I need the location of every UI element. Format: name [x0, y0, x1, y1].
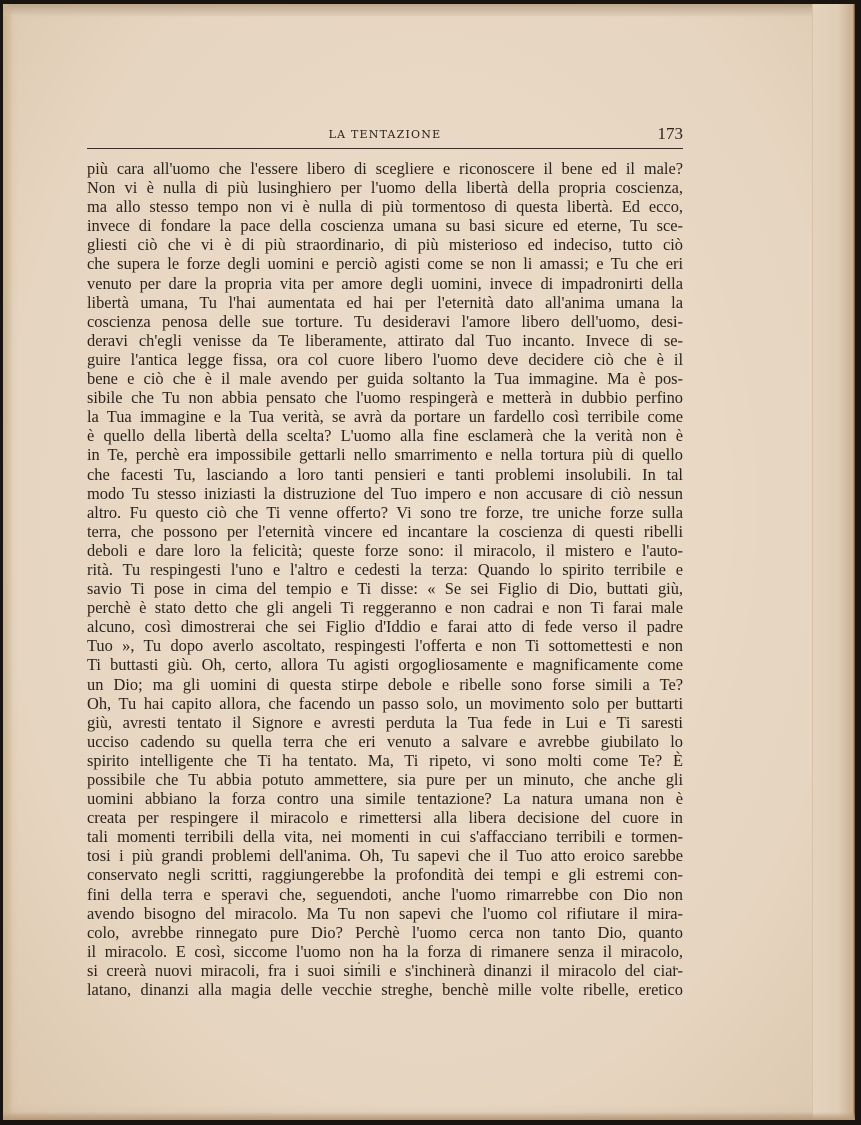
text-line: un Dio; ma gli uomini di questa stirpe d… [87, 675, 683, 694]
text-line: colo, avrebbe rinnegato pure Dio? Perchè… [87, 923, 683, 942]
text-line: uomini abbiano la forza contro una simil… [87, 789, 683, 808]
text-line: ma allo stesso tempo non vi è nulla di p… [87, 197, 683, 216]
text-line: terra, che possono per l'eternità vincer… [87, 522, 683, 541]
text-line: tosi i più grandi problemi dell'anima. O… [87, 846, 683, 865]
text-line: Non vi è nulla di più lusinghiero per l'… [87, 178, 683, 197]
page-right-fold [812, 4, 855, 1120]
text-line: rità. Tu respingesti l'uno e l'altro e c… [87, 560, 683, 579]
text-line: che supera le forze degli uomini e perci… [87, 254, 683, 273]
text-line: bene e ciò che è il male avendo per guid… [87, 369, 683, 388]
text-line: altro. Fu questo ciò che Ti venne offert… [87, 503, 683, 522]
page-left-edge [3, 4, 13, 1120]
text-line: fini della terra e speravi che, seguendo… [87, 885, 683, 904]
text-line: Tuo », Tu dopo averlo ascoltato, resping… [87, 636, 683, 655]
text-line: creata per respingere il miracolo e rime… [87, 808, 683, 827]
text-line: si creerà nuovi miracoli, fra i suoi sim… [87, 961, 683, 980]
page-number: 173 [658, 124, 684, 144]
running-header: LA TENTAZIONE 173 [87, 124, 683, 146]
text-line: savio Ti pose in cima del tempio e Ti di… [87, 579, 683, 598]
text-line: coscienza penosa delle sue torture. Tu d… [87, 312, 683, 331]
text-line: venuto per dare la propria vita per amor… [87, 274, 683, 293]
text-line: possibile che Tu abbia potuto ammettere,… [87, 770, 683, 789]
text-line: è quello della libertà della scelta? L'u… [87, 426, 683, 445]
body-text: più cara all'uomo che l'essere libero di… [87, 159, 683, 999]
text-line: la Tua immagine e la Tua verità, se avrà… [87, 407, 683, 426]
text-line: deravi ch'egli venisse da Te liberamente… [87, 331, 683, 350]
text-line: gliesti ciò che vi è di più straordinari… [87, 235, 683, 254]
text-line: alcuno, così dimostrerai che sei Figlio … [87, 617, 683, 636]
text-line: guire l'antica legge fissa, ora col cuor… [87, 350, 683, 369]
text-line: deboli e dare loro la felicità; queste f… [87, 541, 683, 560]
text-line: libertà umana, Tu l'hai aumentata ed hai… [87, 293, 683, 312]
text-line: latano, dinanzi alla magia delle vecchie… [87, 980, 683, 999]
running-title: LA TENTAZIONE [87, 128, 683, 141]
text-line: in Te, perchè era impossibile gettarli n… [87, 445, 683, 464]
text-line: invece di fondare la pace della coscienz… [87, 216, 683, 235]
text-line: il miracolo. E così, siccome l'uomo non … [87, 942, 683, 961]
text-line: spirito intelligente che Ti ha tentato. … [87, 751, 683, 770]
header-rule [87, 148, 683, 149]
text-line: ucciso cadendo su quella terra che eri v… [87, 732, 683, 751]
text-line: avendo bisogno del miracolo. Ma Tu non s… [87, 904, 683, 923]
text-line: sibile che Tu non abbia pensato che l'uo… [87, 388, 683, 407]
text-line: più cara all'uomo che l'essere libero di… [87, 159, 683, 178]
text-line: Ti buttasti giù. Oh, certo, allora Tu ag… [87, 655, 683, 674]
page-bottom-edge [3, 1112, 855, 1120]
text-line: perchè è stato detto che gli angeli Ti r… [87, 598, 683, 617]
text-line: Oh, Tu hai capito allora, che facendo un… [87, 694, 683, 713]
text-line: modo Tu stesso iniziasti la distruzione … [87, 484, 683, 503]
text-line: che facesti Tu, lasciando a loro tanti p… [87, 465, 683, 484]
page-top-edge [3, 4, 855, 16]
text-line: giù, avresti tentato il Signore e avrest… [87, 713, 683, 732]
text-line: tali momenti terribili della vita, nei m… [87, 827, 683, 846]
text-line: conservato negli scritti, raggiungerebbe… [87, 865, 683, 884]
